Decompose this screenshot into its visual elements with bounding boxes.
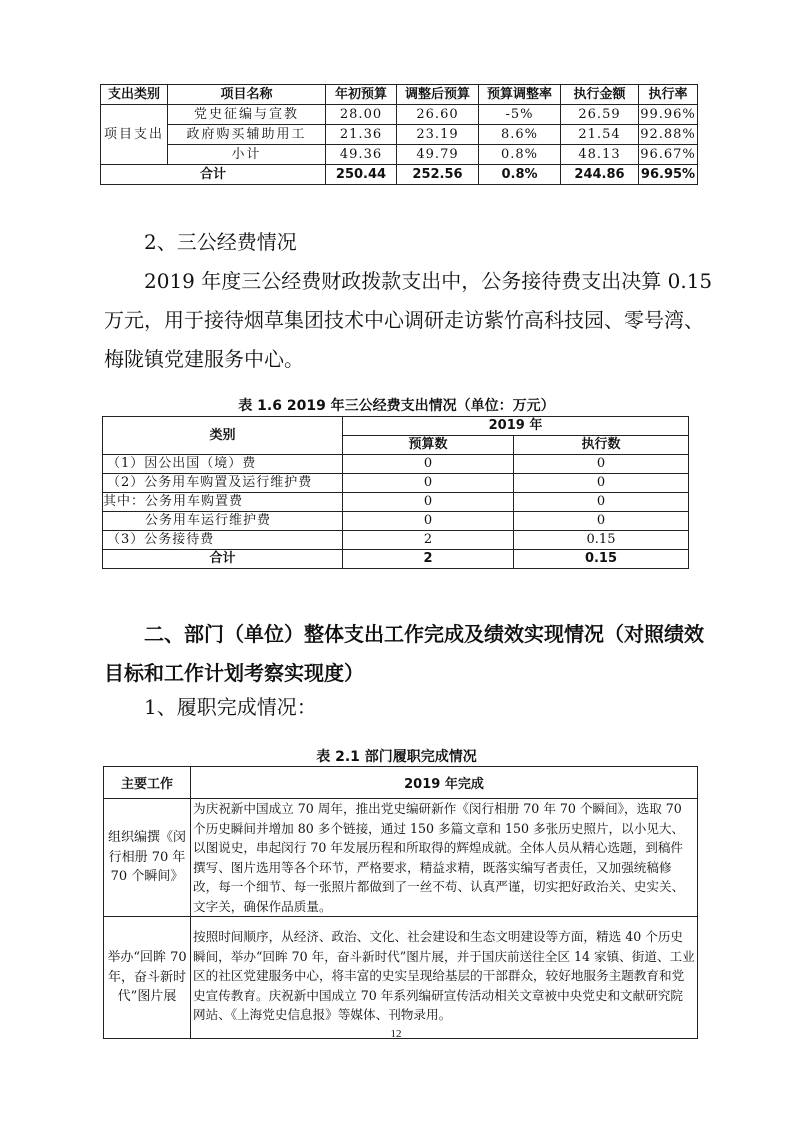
execution-rate: 99.96% — [639, 105, 698, 125]
initial-budget: 28.00 — [326, 105, 397, 125]
table-row: （3）公务接待费 2 0.15 — [103, 531, 689, 550]
header-done: 2019 年完成 — [191, 767, 698, 799]
section-heading-two-line2: 目标和工作计划考察实现度） — [104, 657, 364, 686]
section-heading-sangong: 2、三公经费情况 — [144, 232, 297, 252]
budget-value: 2 — [343, 531, 514, 550]
header-cell: 预算调整率 — [479, 85, 561, 105]
table-row: （1）因公出国（境）费 0 0 — [103, 455, 689, 474]
executed-amount: 48.13 — [561, 145, 639, 165]
work-completion: 按照时间顺序，从经济、政治、文化、社会建设和生态文明建设等方面，精选 40 个历… — [191, 917, 698, 1039]
table-caption: 表 2.1 部门履职完成情况 — [100, 746, 693, 766]
budget-value: 0 — [343, 455, 514, 474]
table-row: 小计 49.36 49.79 0.8% 48.13 96.67% — [101, 145, 698, 165]
table-row: 组织编撰《闵行相册 70 年 70 个瞬间》 为庆祝新中国成立 70 周年，推出… — [104, 799, 698, 917]
table-row: （2）公务用车购置及运行维护费 0 0 — [103, 474, 689, 493]
paragraph-line: 梅陇镇党建服务中心。 — [104, 349, 304, 369]
item-name: 党史征编与宣教 — [168, 105, 326, 125]
paragraph-line: 万元，用于接待烟草集团技术中心调研走访紫竹高科技园、零号湾、 — [104, 310, 704, 330]
header-executed: 执行数 — [514, 436, 689, 455]
header-category: 类别 — [103, 417, 343, 455]
budget-value: 0 — [343, 493, 514, 512]
adjust-rate: 8.6% — [479, 125, 561, 145]
execution-rate: 96.67% — [639, 145, 698, 165]
table-row: 举办“回眸 70 年，奋斗新时代”图片展 按照时间顺序，从经济、政治、文化、社会… — [104, 917, 698, 1039]
initial-budget: 49.36 — [326, 145, 397, 165]
budget-value: 0 — [343, 474, 514, 493]
table-row: 其中：公务用车购置费 0 0 — [103, 493, 689, 512]
table-row: 公务用车运行维护费 0 0 — [103, 512, 689, 531]
category-cell: 项目支出 — [101, 105, 168, 165]
project-expense-table: 支出类别 项目名称 年初预算 调整后预算 预算调整率 执行金额 执行率 项目支出… — [100, 84, 698, 185]
total-label: 合计 — [103, 550, 343, 569]
executed-value: 0 — [514, 512, 689, 531]
header-year: 2019 年 — [343, 417, 689, 436]
header-cell: 执行金额 — [561, 85, 639, 105]
paragraph-line: 2019 年度三公经费财政拨款支出中，公务接待费支出决算 0.15 — [144, 271, 712, 291]
table-caption: 表 1.6 2019 年三公经费支出情况（单位：万元） — [100, 395, 693, 415]
work-completion: 为庆祝新中国成立 70 周年，推出党史编研新作《闵行相册 70 年 70 个瞬间… — [191, 799, 698, 917]
total-adjusted: 252.56 — [397, 165, 479, 185]
adjust-rate: 0.8% — [479, 145, 561, 165]
row-label: （1）因公出国（境）费 — [103, 455, 343, 474]
header-cell: 项目名称 — [168, 85, 326, 105]
total-row: 合计 2 0.15 — [103, 550, 689, 569]
adjust-rate: -5% — [479, 105, 561, 125]
executed-amount: 26.59 — [561, 105, 639, 125]
table-row: 项目支出 党史征编与宣教 28.00 26.60 -5% 26.59 99.96… — [101, 105, 698, 125]
sangong-expense-table: 类别 2019 年 预算数 执行数 （1）因公出国（境）费 0 0 （2）公务用… — [102, 416, 689, 569]
adjusted-budget: 49.79 — [397, 145, 479, 165]
adjusted-budget: 26.60 — [397, 105, 479, 125]
table-header-row: 类别 2019 年 — [103, 417, 689, 436]
table-header-row: 支出类别 项目名称 年初预算 调整后预算 预算调整率 执行金额 执行率 — [101, 85, 698, 105]
header-cell: 执行率 — [639, 85, 698, 105]
header-budget: 预算数 — [343, 436, 514, 455]
section-heading-two-line1: 二、部门（单位）整体支出工作完成及绩效实现情况（对照绩效 — [144, 618, 704, 647]
row-label: 其中：公务用车购置费 — [103, 493, 343, 512]
total-initial: 250.44 — [326, 165, 397, 185]
executed-value: 0 — [514, 455, 689, 474]
executed-value: 0 — [514, 493, 689, 512]
header-cell: 调整后预算 — [397, 85, 479, 105]
table-header-row: 主要工作 2019 年完成 — [104, 767, 698, 799]
header-cell: 支出类别 — [101, 85, 168, 105]
total-exec-rate: 96.95% — [639, 165, 698, 185]
total-label: 合计 — [101, 165, 326, 185]
adjusted-budget: 23.19 — [397, 125, 479, 145]
page-number: 12 — [388, 1028, 404, 1040]
total-row: 合计 250.44 252.56 0.8% 244.86 96.95% — [101, 165, 698, 185]
header-cell: 年初预算 — [326, 85, 397, 105]
total-budget: 2 — [343, 550, 514, 569]
budget-value: 0 — [343, 512, 514, 531]
total-executed: 0.15 — [514, 550, 689, 569]
executed-amount: 21.54 — [561, 125, 639, 145]
row-label: （3）公务接待费 — [103, 531, 343, 550]
item-name: 小计 — [168, 145, 326, 165]
sub-heading-duties: 1、履职完成情况： — [144, 697, 317, 717]
duties-table: 主要工作 2019 年完成 组织编撰《闵行相册 70 年 70 个瞬间》 为庆祝… — [103, 766, 698, 1039]
work-item: 组织编撰《闵行相册 70 年 70 个瞬间》 — [104, 799, 191, 917]
total-rate: 0.8% — [479, 165, 561, 185]
executed-value: 0.15 — [514, 531, 689, 550]
row-label: （2）公务用车购置及运行维护费 — [103, 474, 343, 493]
execution-rate: 92.88% — [639, 125, 698, 145]
work-item: 举办“回眸 70 年，奋斗新时代”图片展 — [104, 917, 191, 1039]
row-label: 公务用车运行维护费 — [103, 512, 343, 531]
item-name: 政府购买辅助用工 — [168, 125, 326, 145]
executed-value: 0 — [514, 474, 689, 493]
total-executed: 244.86 — [561, 165, 639, 185]
initial-budget: 21.36 — [326, 125, 397, 145]
header-work: 主要工作 — [104, 767, 191, 799]
table-row: 政府购买辅助用工 21.36 23.19 8.6% 21.54 92.88% — [101, 125, 698, 145]
